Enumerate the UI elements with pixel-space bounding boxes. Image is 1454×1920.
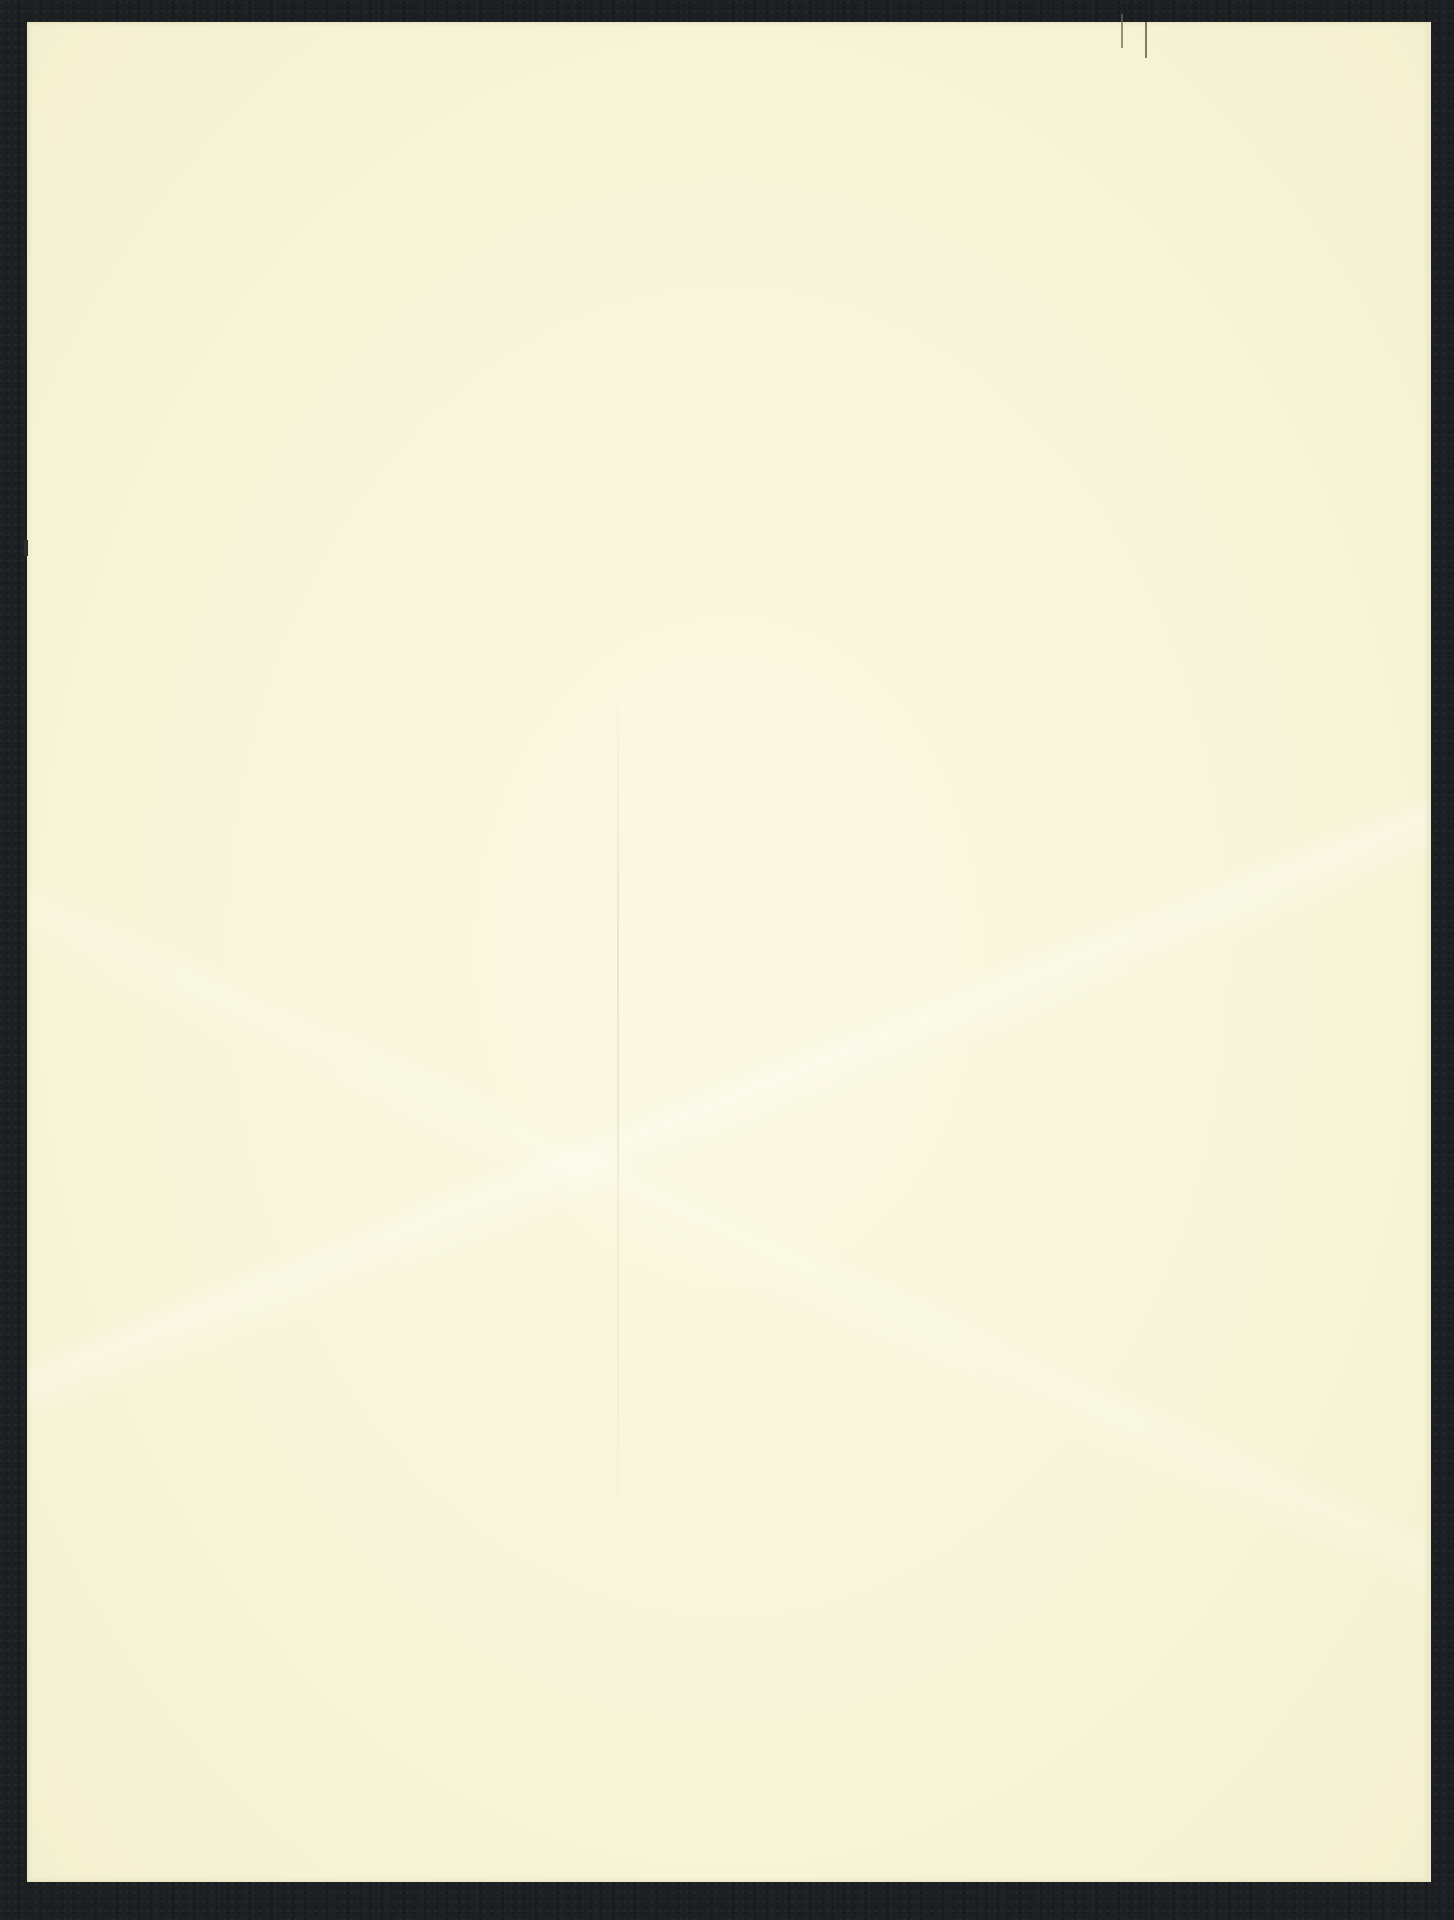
paper-edge-notch [24, 540, 28, 556]
page-text [147, 142, 1347, 152]
pencil-mark [1145, 22, 1147, 58]
paper-crease [617, 672, 619, 1572]
pencil-mark [1121, 14, 1123, 48]
paper-sheet [27, 22, 1431, 1882]
